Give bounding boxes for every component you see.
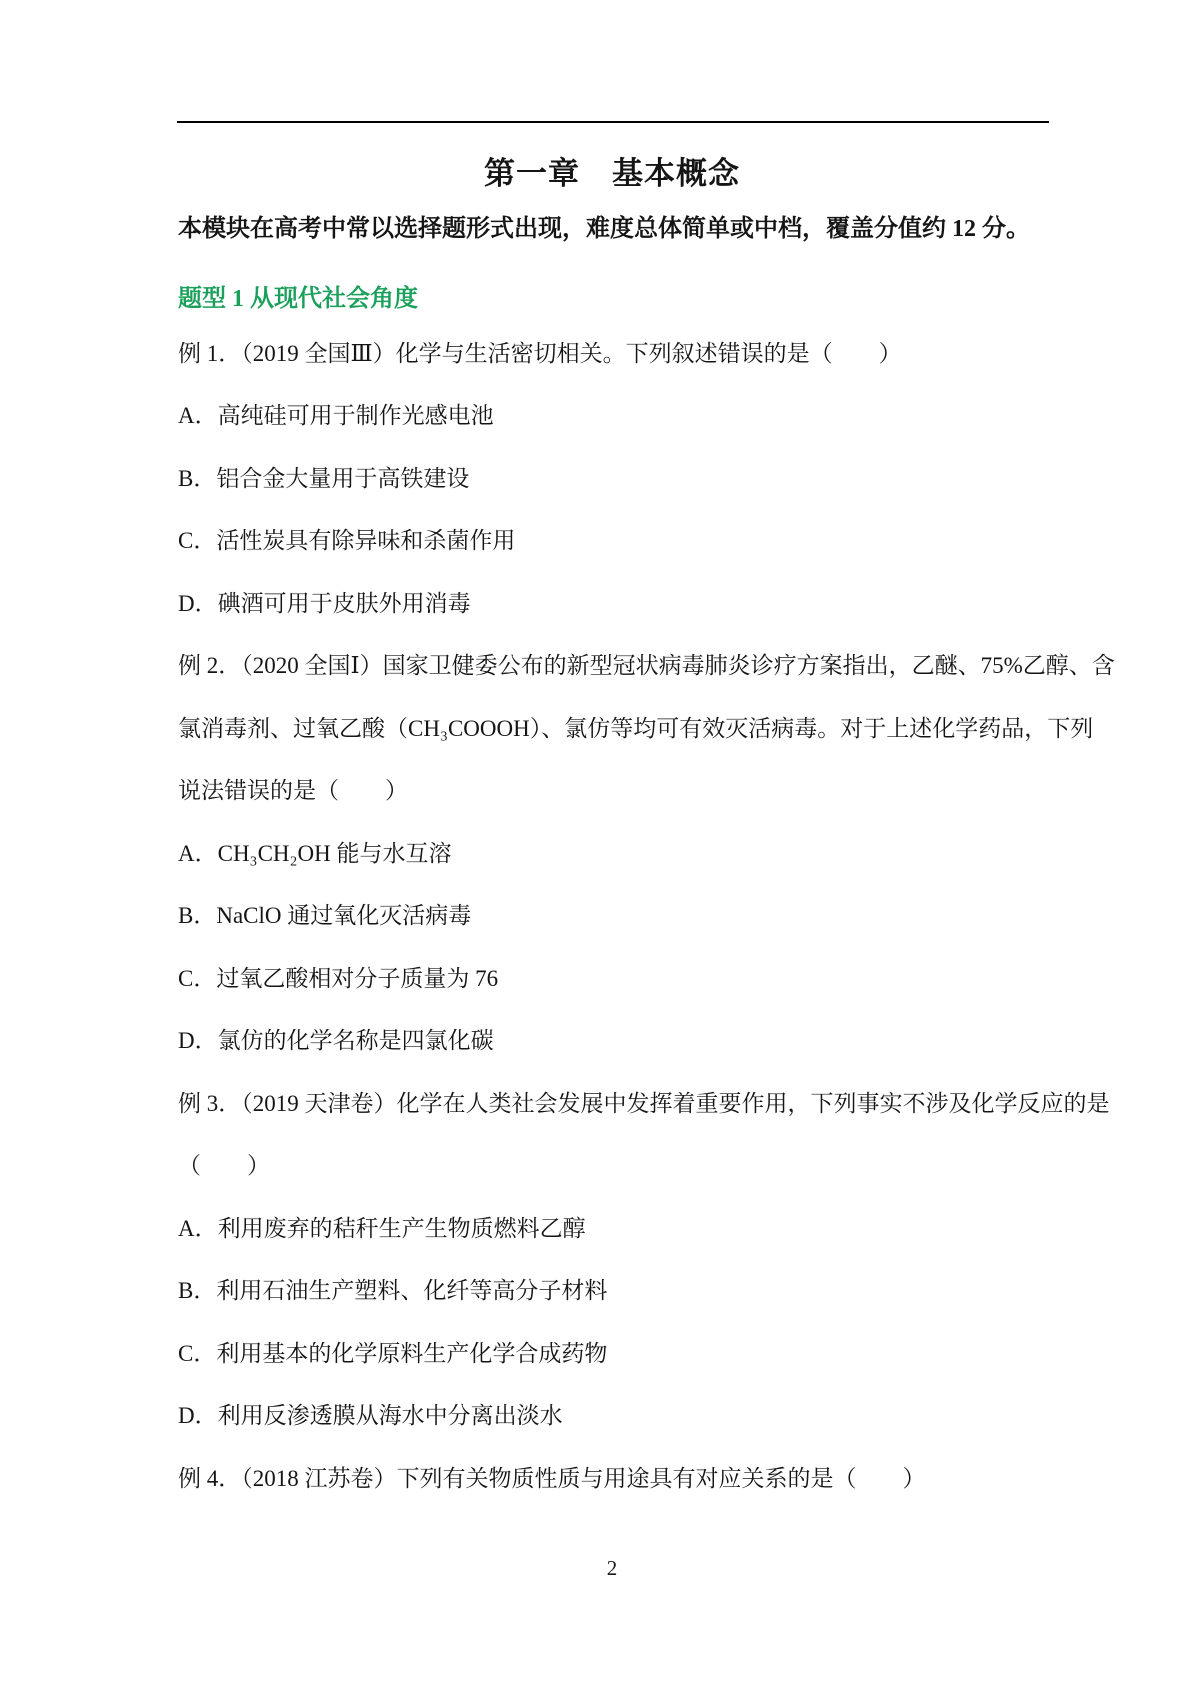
- intro-paragraph: 本模块在高考中常以选择题形式出现，难度总体简单或中档，覆盖分值约 12 分。: [178, 214, 1046, 244]
- example-4-stem-line: 例 4．（2018 江苏卷）下列有关物质性质与用途具有对应关系的是（ ）: [178, 1445, 1046, 1508]
- example-2-option-b: B．NaClO 通过氧化灭活病毒: [178, 883, 1046, 946]
- section-heading: 题型 1 从现代社会角度: [178, 284, 1046, 314]
- example-1-option-a: A．高纯硅可用于制作光感电池: [178, 383, 1046, 446]
- example-2-option-a: A．CH₃CH₂OH 能与水互溶: [178, 820, 1046, 883]
- example-1-stem-line: 例 1．（2019 全国Ⅲ）化学与生活密切相关。下列叙述错误的是（ ）: [178, 320, 1046, 383]
- example-1-option-b: B．铝合金大量用于高铁建设: [178, 445, 1046, 508]
- example-3-option-a: A．利用废弃的秸秆生产生物质燃料乙醇: [178, 1195, 1046, 1258]
- example-3-stem-line: 例 3．（2019 天津卷）化学在人类社会发展中发挥着重要作用，下列事实不涉及化…: [178, 1070, 1046, 1133]
- example-2-option-d: D．氯仿的化学名称是四氯化碳: [178, 1008, 1046, 1071]
- example-3-option-d: D．利用反渗透膜从海水中分离出淡水: [178, 1383, 1046, 1446]
- example-3-option-b: B．利用石油生产塑料、化纤等高分子材料: [178, 1258, 1046, 1321]
- page-number: 2: [178, 1556, 1046, 1581]
- example-3-stem-line: （ ）: [178, 1133, 1046, 1196]
- question-list: 例 1．（2019 全国Ⅲ）化学与生活密切相关。下列叙述错误的是（ ）A．高纯硅…: [178, 320, 1046, 1508]
- page-content: 第一章 基本概念 本模块在高考中常以选择题形式出现，难度总体简单或中档，覆盖分值…: [178, 123, 1046, 1508]
- example-2-stem-line: 氯消毒剂、过氧乙酸（CH₃COOOH）、氯仿等均可有效灭活病毒。对于上述化学药品…: [178, 695, 1046, 758]
- example-1-option-c: C．活性炭具有除异味和杀菌作用: [178, 508, 1046, 571]
- chapter-title: 第一章 基本概念: [178, 156, 1046, 192]
- document-page: 第一章 基本概念 本模块在高考中常以选择题形式出现，难度总体简单或中档，覆盖分值…: [0, 0, 1190, 1684]
- example-2-option-c: C．过氧乙酸相对分子质量为 76: [178, 945, 1046, 1008]
- example-1-option-d: D．碘酒可用于皮肤外用消毒: [178, 570, 1046, 633]
- example-2-stem-line: 例 2．（2020 全国Ⅰ）国家卫健委公布的新型冠状病毒肺炎诊疗方案指出，乙醚、…: [178, 633, 1046, 696]
- example-2-stem-line: 说法错误的是（ ）: [178, 758, 1046, 821]
- example-3-option-c: C．利用基本的化学原料生产化学合成药物: [178, 1320, 1046, 1383]
